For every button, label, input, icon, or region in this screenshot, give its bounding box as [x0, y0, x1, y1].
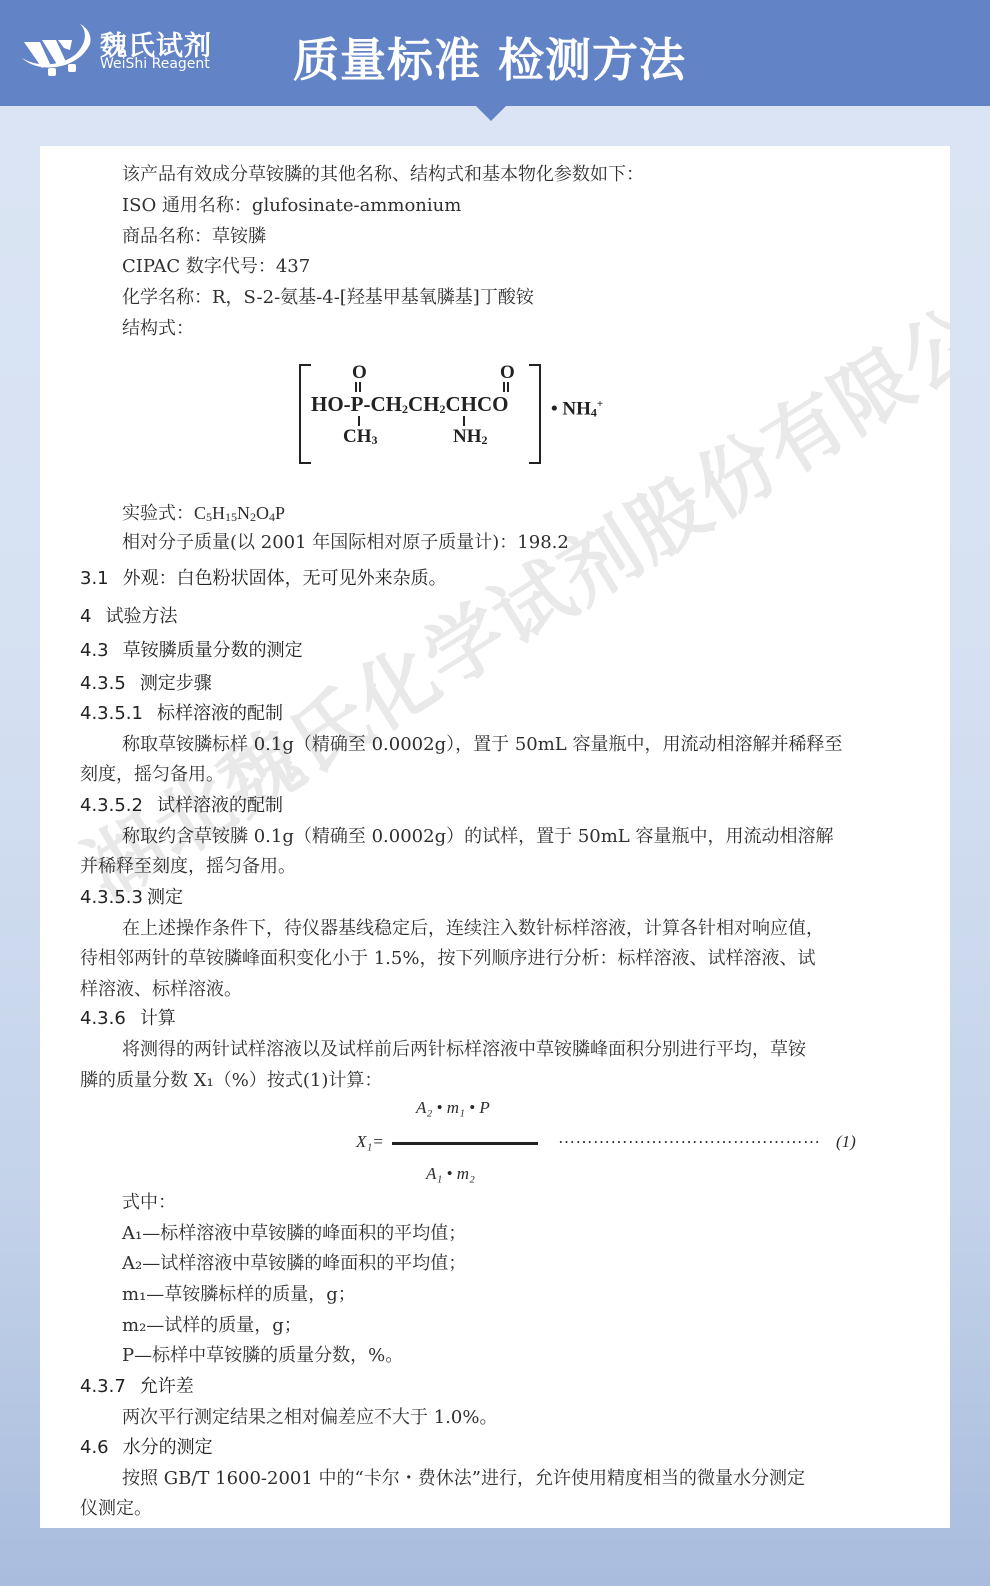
section-4-3-heading: 4.3草铵膦质量分数的测定 — [80, 640, 303, 662]
section-number: 4.3.6 — [80, 1008, 126, 1030]
paragraph-line: 刻度，摇匀备用。 — [80, 764, 224, 786]
paragraph-line: 仪测定。 — [80, 1498, 152, 1520]
section-number: 4.3.5.3 — [80, 887, 143, 909]
paragraph-line: 待相邻两针的草铵膦峰面积变化小于 1.5%，按下列顺序进行分析：标样溶液、试样溶… — [80, 948, 815, 970]
header-banner: 魏氏试剂 WeiShi Reagent 质量标准 检测方法 — [0, 0, 990, 106]
section-number: 4 — [80, 606, 91, 628]
equation-1: A₂ • m₁ • P X₁= A₁ • m₂ ……………………………………… … — [340, 1098, 860, 1178]
iso-name: ISO 通用名称：glufosinate-ammonium — [122, 195, 461, 217]
section-4-3-6-heading: 4.3.6计算 — [80, 1008, 176, 1030]
cipac-code: CIPAC 数字代号：437 — [122, 256, 310, 278]
section-number: 4.6 — [80, 1437, 109, 1459]
legend-a1: A₁—标样溶液中草铵膦的峰面积的平均值； — [122, 1223, 466, 1245]
empirical-formula-label: 实验式： — [122, 503, 194, 524]
section-title: 测定 — [147, 887, 183, 908]
main-chain: HO-P-CH2CH2CHCO — [311, 392, 508, 417]
left-bracket — [299, 364, 311, 464]
structure-label: 结构式： — [122, 318, 194, 340]
equation-number: (1) — [836, 1132, 856, 1152]
section-4-heading: 4试验方法 — [80, 606, 177, 628]
section-title: 测定步骤 — [140, 673, 212, 694]
legend-a2: A₂—试样溶液中草铵膦的峰面积的平均值； — [122, 1253, 466, 1275]
brand-logo[interactable]: 魏氏试剂 WeiShi Reagent — [18, 18, 218, 80]
weishi-w-logo-icon — [18, 18, 96, 78]
legend-title: 式中： — [122, 1192, 176, 1214]
section-4-3-5-1-heading: 4.3.5.1标样溶液的配制 — [80, 703, 283, 725]
oxygen-carbonyl: O — [500, 362, 515, 384]
equation-leader-dots: ……………………………………… — [558, 1128, 821, 1148]
equation-lhs: X₁= — [356, 1132, 384, 1152]
section-title: 试样溶液的配制 — [157, 795, 283, 816]
section-number: 3.1 — [80, 568, 109, 590]
paragraph-line: 并稀释至刻度，摇匀备用。 — [80, 856, 296, 878]
double-bond-2 — [503, 382, 509, 392]
section-number: 4.3.7 — [80, 1376, 126, 1398]
paragraph-line: 将测得的两针试样溶液以及试样前后两针标样溶液中草铵膦峰面积分别进行平均，草铵 — [122, 1039, 806, 1061]
section-number: 4.3.5.1 — [80, 703, 143, 725]
paragraph-line: 按照 GB/T 1600-2001 中的“卡尔・费休法”进行，允许使用精度相当的… — [122, 1468, 805, 1490]
molecular-weight: 相对分子质量(以 2001 年国际相对原子质量计)：198.2 — [122, 532, 569, 554]
empirical-formula: 实验式：C5H15N2O4P — [122, 502, 285, 528]
structural-formula: O O HO-P-CH2CH2CHCO CH3 NH2 • NH4+ — [295, 358, 635, 468]
section-4-3-7-heading: 4.3.7允许差 — [80, 1376, 194, 1398]
section-text: 外观：白色粉状固体，无可见外来杂质。 — [123, 568, 447, 589]
double-bond-1 — [355, 382, 361, 392]
equation-numerator: A₂ • m₁ • P — [416, 1098, 490, 1118]
legend-m2: m₂—试样的质量，g； — [122, 1315, 302, 1337]
section-4-3-5-3-heading: 4.3.5.3测定 — [80, 887, 183, 909]
page-title: 质量标准 检测方法 — [293, 24, 686, 90]
document-card: 湖北魏氏化学试剂股份有限公司 该产品有效成分草铵膦的其他名称、结构式和基本物化参… — [40, 146, 950, 1528]
legend-p: P—标样中草铵膦的质量分数，%。 — [122, 1345, 403, 1367]
right-bracket — [529, 364, 541, 464]
paragraph-line: 称取约含草铵膦 0.1g（精确至 0.0002g）的试样，置于 50mL 容量瓶… — [122, 826, 833, 848]
section-4-3-5-2-heading: 4.3.5.2试样溶液的配制 — [80, 795, 283, 817]
section-title: 草铵膦质量分数的测定 — [123, 640, 303, 661]
section-title: 允许差 — [140, 1376, 194, 1397]
section-number: 4.3.5.2 — [80, 795, 143, 817]
section-title: 标样溶液的配制 — [157, 703, 283, 724]
amine-group: NH2 — [453, 426, 488, 448]
section-title: 试验方法 — [105, 606, 177, 627]
equation-denominator: A₁ • m₂ — [426, 1164, 475, 1184]
section-number: 4.3 — [80, 640, 109, 662]
paragraph-line: 膦的质量分数 X₁（%）按式(1)计算： — [80, 1070, 382, 1092]
section-3-1: 3.1外观：白色粉状固体，无可见外来杂质。 — [80, 568, 447, 590]
brand-name-en: WeiShi Reagent — [100, 56, 210, 72]
paragraph-line: 样溶液、标样溶液。 — [80, 979, 242, 1001]
paragraph-line: 在上述操作条件下，待仪器基线稳定后，连续注入数针标样溶液，计算各针相对响应值， — [122, 918, 824, 940]
trade-name: 商品名称：草铵膦 — [122, 226, 266, 248]
methyl-group: CH3 — [343, 426, 378, 448]
section-number: 4.3.5 — [80, 673, 126, 695]
paragraph-line: 称取草铵膦标样 0.1g（精确至 0.0002g），置于 50mL 容量瓶中，用… — [122, 734, 842, 756]
legend-m1: m₁—草铵膦标样的质量，g； — [122, 1284, 356, 1306]
section-4-6-heading: 4.6水分的测定 — [80, 1437, 213, 1459]
bond-to-methyl — [358, 416, 360, 426]
header-pointer-triangle — [476, 106, 506, 121]
section-title: 计算 — [140, 1008, 176, 1029]
fraction-bar — [392, 1142, 538, 1145]
paragraph-line: 两次平行测定结果之相对偏差应不大于 1.0%。 — [122, 1407, 497, 1429]
chemical-name: 化学名称：R，S-2-氨基-4-[羟基甲基氧膦基]丁酸铵 — [122, 287, 534, 309]
intro-lead: 该产品有效成分草铵膦的其他名称、结构式和基本物化参数如下： — [122, 164, 644, 186]
section-4-3-5-heading: 4.3.5测定步骤 — [80, 673, 212, 695]
ammonium-counter-ion: • NH4+ — [551, 398, 603, 420]
section-title: 水分的测定 — [123, 1437, 213, 1458]
bond-to-amine — [463, 416, 465, 426]
oxygen-phosphoryl: O — [352, 362, 367, 384]
